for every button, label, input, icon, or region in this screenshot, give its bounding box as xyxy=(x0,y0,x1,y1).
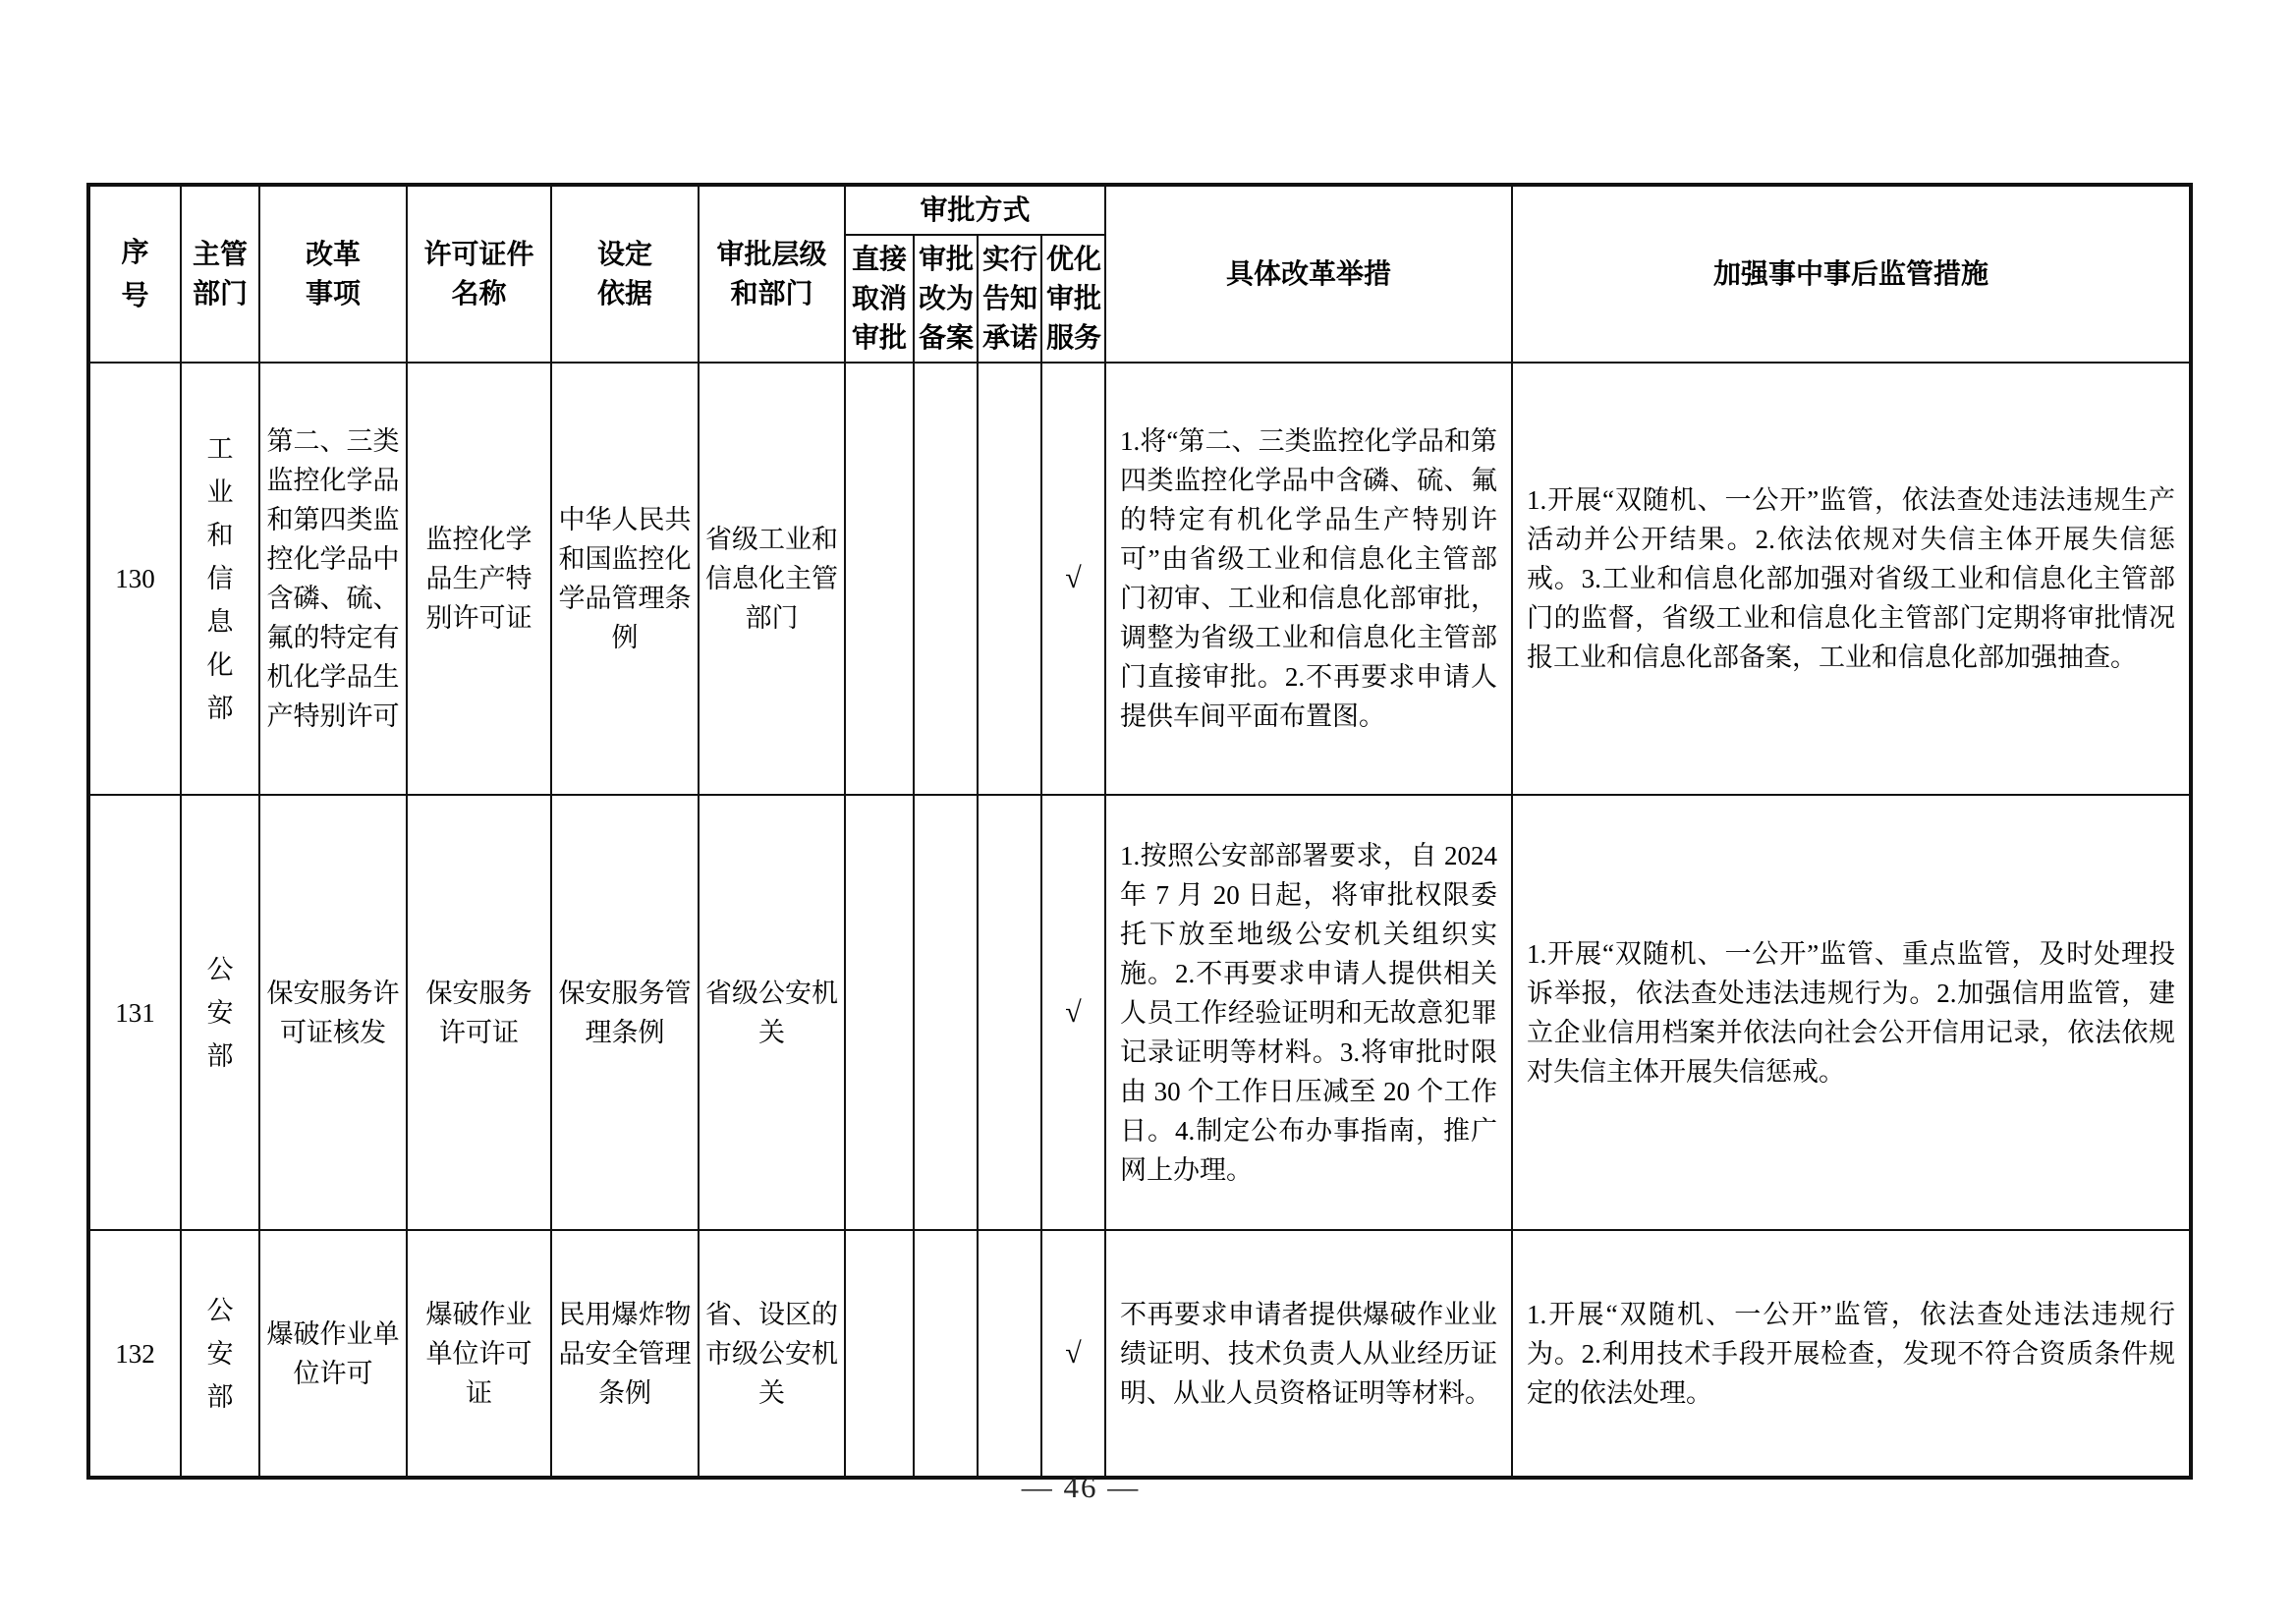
cell-supervision-measures: 1.开展“双随机、一公开”监管，依法查处违法违规生产活动并公开结果。2.依法依规… xyxy=(1512,363,2191,795)
cell-approval-level: 省级公安机关 xyxy=(699,795,845,1230)
cell-license-name: 爆破作业单位许可证 xyxy=(407,1230,551,1478)
col-header-reform-item-label: 改革事项 xyxy=(306,235,361,313)
cell-legal-basis: 民用爆炸物品安全管理条例 xyxy=(551,1230,699,1478)
col-header-approval-method-label: 审批方式 xyxy=(921,195,1031,225)
cell-department-text: 公安部 xyxy=(207,1289,234,1419)
cell-license-name: 监控化学品生产特别许可证 xyxy=(407,363,551,795)
cell-approval-level: 省级工业和信息化主管部门 xyxy=(699,363,845,795)
col-header-legal-basis-label: 设定依据 xyxy=(597,235,652,313)
cell-department: 公安部 xyxy=(181,795,259,1230)
cell-legal-basis: 中华人民共和国监控化学品管理条例 xyxy=(551,363,699,795)
cell-department-text: 工业和信息化部 xyxy=(207,427,234,730)
cell-department-text: 公安部 xyxy=(207,948,234,1078)
cell-direct-cancel xyxy=(845,795,914,1230)
cell-supervision-measures: 1.开展“双随机、一公开”监管、重点监管，及时处理投诉举报，依法查处违法违规行为… xyxy=(1512,795,2191,1230)
col-header-direct-cancel-label: 直接取消审批 xyxy=(852,240,907,358)
col-header-direct-cancel: 直接取消审批 xyxy=(845,235,914,363)
cell-optimize-service-checkmark: √ xyxy=(1041,363,1105,795)
col-header-license-name-label: 许可证件名称 xyxy=(424,235,534,313)
col-header-optimize-service-label: 优化审批服务 xyxy=(1046,240,1101,358)
col-header-notification-commitment: 实行告知承诺 xyxy=(978,235,1041,363)
table-row-132: 132 公安部 爆破作业单位许可 爆破作业单位许可证 民用爆炸物品安全管理条例 … xyxy=(88,1230,2191,1478)
document-page: 序号 主管部门 改革事项 许可证件名称 设定依据 审批层级和部门 xyxy=(0,0,2296,1624)
cell-to-filing xyxy=(914,363,978,795)
col-header-legal-basis: 设定依据 xyxy=(551,185,699,363)
cell-supervision-measures: 1.开展“双随机、一公开”监管，依法查处违法违规行为。2.利用技术手段开展检查，… xyxy=(1512,1230,2191,1478)
cell-legal-basis: 保安服务管理条例 xyxy=(551,795,699,1230)
col-header-serial: 序号 xyxy=(88,185,181,363)
col-header-license-name: 许可证件名称 xyxy=(407,185,551,363)
cell-to-filing xyxy=(914,1230,978,1478)
col-header-department-label: 主管部门 xyxy=(193,235,248,313)
table-row-130: 130 工业和信息化部 第二、三类监控化学品和第四类监控化学品中含磷、硫、氟的特… xyxy=(88,363,2191,795)
cell-reform-measures: 1.按照公安部部署要求，自 2024 年 7 月 20 日起，将审批权限委托下放… xyxy=(1105,795,1512,1230)
col-header-reform-measures: 具体改革举措 xyxy=(1105,185,1512,363)
col-header-optimize-service: 优化审批服务 xyxy=(1041,235,1105,363)
col-header-notification-commitment-label: 实行告知承诺 xyxy=(982,240,1037,358)
col-header-reform-item: 改革事项 xyxy=(259,185,407,363)
table-row-131: 131 公安部 保安服务许可证核发 保安服务许可证 保安服务管理条例 省级公安机… xyxy=(88,795,2191,1230)
col-header-supervision-measures: 加强事中事后监管措施 xyxy=(1512,185,2191,363)
cell-reform-item: 爆破作业单位许可 xyxy=(259,1230,407,1478)
cell-serial: 130 xyxy=(88,363,181,795)
col-header-approval-level: 审批层级和部门 xyxy=(699,185,845,363)
col-header-department: 主管部门 xyxy=(181,185,259,363)
col-header-to-filing-label: 审批改为备案 xyxy=(919,240,974,358)
cell-department: 公安部 xyxy=(181,1230,259,1478)
cell-optimize-service-checkmark: √ xyxy=(1041,795,1105,1230)
cell-notification-commitment xyxy=(978,363,1041,795)
page-number: — 46 — xyxy=(933,1470,1228,1505)
cell-serial: 132 xyxy=(88,1230,181,1478)
cell-direct-cancel xyxy=(845,1230,914,1478)
cell-license-name: 保安服务许可证 xyxy=(407,795,551,1230)
cell-department: 工业和信息化部 xyxy=(181,363,259,795)
cell-to-filing xyxy=(914,795,978,1230)
col-header-reform-measures-label: 具体改革举措 xyxy=(1226,258,1391,289)
cell-notification-commitment xyxy=(978,795,1041,1230)
cell-approval-level: 省、设区的市级公安机关 xyxy=(699,1230,845,1478)
col-header-to-filing: 审批改为备案 xyxy=(914,235,978,363)
approval-reform-table: 序号 主管部门 改革事项 许可证件名称 设定依据 审批层级和部门 xyxy=(86,183,2193,1480)
cell-reform-item: 保安服务许可证核发 xyxy=(259,795,407,1230)
col-header-approval-level-label: 审批层级和部门 xyxy=(717,235,827,313)
cell-notification-commitment xyxy=(978,1230,1041,1478)
col-header-supervision-measures-label: 加强事中事后监管措施 xyxy=(1713,258,1988,289)
col-header-approval-method-group: 审批方式 xyxy=(845,185,1105,235)
col-header-serial-label: 序号 xyxy=(122,231,149,317)
cell-optimize-service-checkmark: √ xyxy=(1041,1230,1105,1478)
cell-direct-cancel xyxy=(845,363,914,795)
cell-serial: 131 xyxy=(88,795,181,1230)
cell-reform-item: 第二、三类监控化学品和第四类监控化学品中含磷、硫、氟的特定有机化学品生产特别许可 xyxy=(259,363,407,795)
cell-reform-measures: 不再要求申请者提供爆破作业业绩证明、技术负责人从业经历证明、从业人员资格证明等材… xyxy=(1105,1230,1512,1478)
cell-reform-measures: 1.将“第二、三类监控化学品和第四类监控化学品中含磷、硫、氟的特定有机化学品生产… xyxy=(1105,363,1512,795)
